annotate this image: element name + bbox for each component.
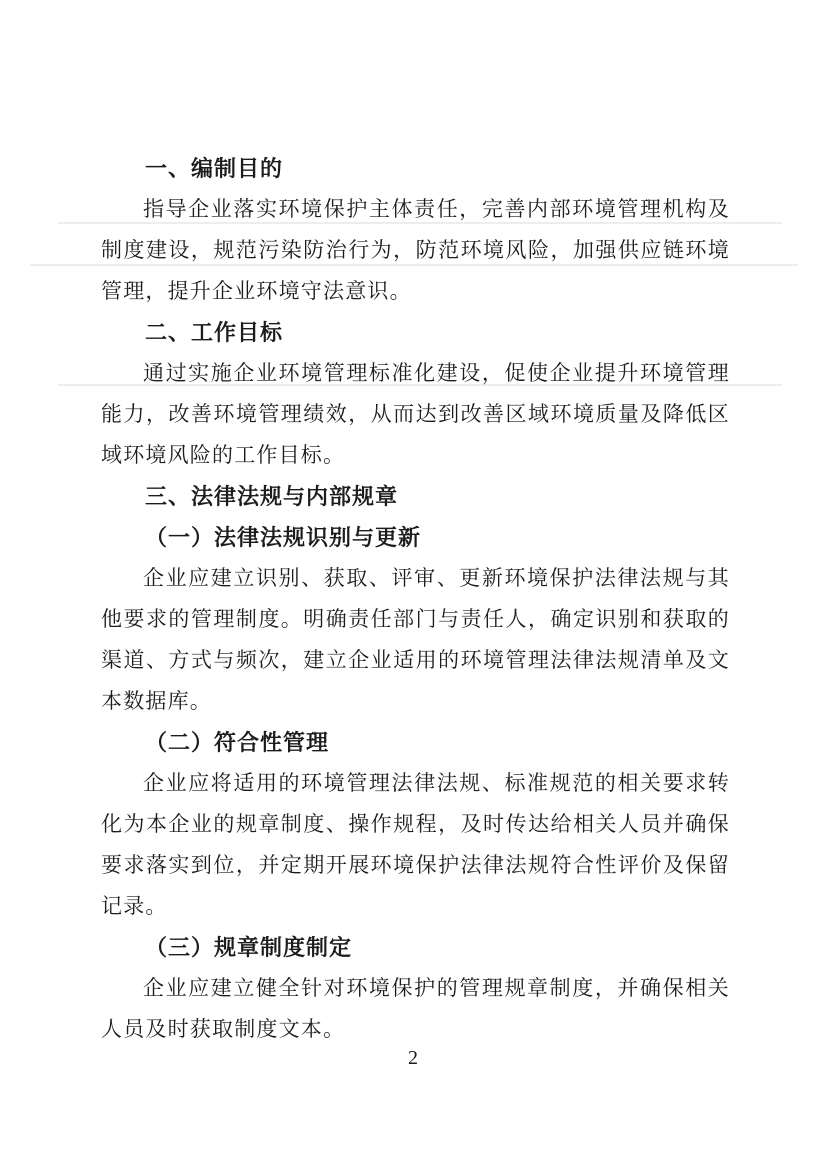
document-content: 一、编制目的 指导企业落实环境保护主体责任，完善内部环境管理机构及制度建设，规范… [101, 148, 730, 1050]
page-number: 2 [0, 1046, 826, 1070]
paragraph-rules-formulation: 企业应建立健全针对环境保护的管理规章制度，并确保相关人员及时获取制度文本。 [101, 968, 730, 1050]
paragraph-compliance-management: 企业应将适用的环境管理法律法规、标准规范的相关要求转化为本企业的规章制度、操作规… [101, 763, 730, 927]
paragraph-law-identification-update: 企业应建立识别、获取、评审、更新环境保护法律法规与其他要求的管理制度。明确责任部… [101, 558, 730, 722]
heading-compilation-purpose: 一、编制目的 [101, 148, 730, 189]
heading-laws-regulations: 三、法律法规与内部规章 [101, 476, 730, 517]
subheading-rules-formulation: （三）规章制度制定 [101, 927, 730, 968]
subheading-law-identification-update: （一）法律法规识别与更新 [101, 517, 730, 558]
paragraph-work-goals: 通过实施企业环境管理标准化建设，促使企业提升环境管理能力，改善环境管理绩效，从而… [101, 353, 730, 476]
heading-work-goals: 二、工作目标 [101, 312, 730, 353]
subheading-compliance-management: （二）符合性管理 [101, 722, 730, 763]
document-page: 一、编制目的 指导企业落实环境保护主体责任，完善内部环境管理机构及制度建设，规范… [0, 0, 826, 1169]
paragraph-compilation-purpose: 指导企业落实环境保护主体责任，完善内部环境管理机构及制度建设，规范污染防治行为，… [101, 189, 730, 312]
